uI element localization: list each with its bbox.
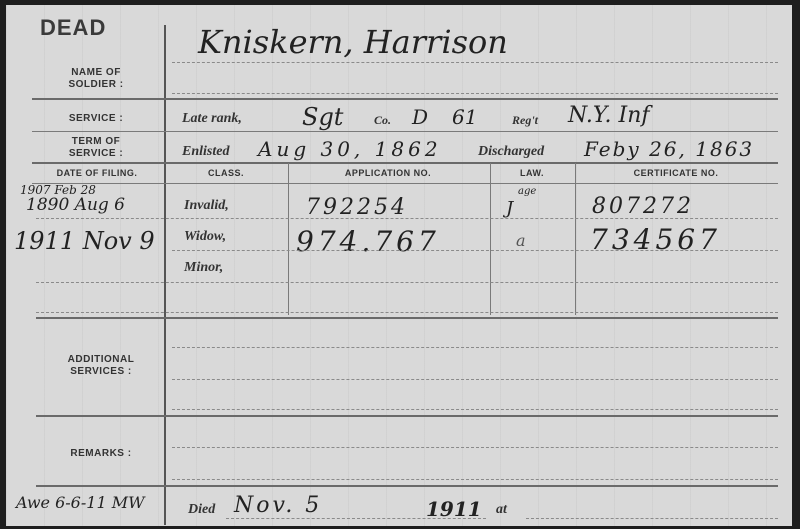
additional-line-2 — [172, 379, 778, 380]
class-invalid: Invalid, — [184, 198, 229, 214]
row-line-3 — [36, 282, 778, 283]
col-divider-3 — [575, 163, 576, 315]
label-column-divider — [164, 25, 166, 525]
filing-date-invalid: 1890 Aug 6 — [26, 195, 125, 215]
additional-line-1 — [172, 347, 778, 348]
certificate-invalid: 807272 — [592, 194, 694, 219]
footer-note: Awe 6-6-11 MW — [16, 493, 145, 512]
application-header: APPLICATION NO. — [288, 168, 488, 178]
application-invalid: 792254 — [306, 195, 408, 220]
name-line-1 — [172, 62, 778, 63]
died-date: Nov. 5 — [234, 493, 322, 518]
name-line-2 — [172, 93, 778, 94]
term-of-service-label: TERM OF SERVICE : — [46, 136, 146, 160]
soldier-name: Kniskern, Harrison — [198, 23, 508, 61]
late-rank-label: Late rank, — [182, 111, 242, 127]
law-widow: a — [516, 231, 526, 250]
col-divider-1 — [288, 163, 289, 315]
service-label: SERVICE : — [46, 113, 146, 125]
rank-value: Sgt — [302, 103, 343, 131]
application-widow: 974.767 — [296, 225, 440, 258]
certificate-header: CERTIFICATE NO. — [576, 168, 776, 178]
certificate-widow: 734567 — [590, 223, 721, 256]
row-line-2 — [172, 250, 778, 251]
remarks-label: REMARKS : — [46, 448, 156, 460]
law-invalid: J — [506, 198, 513, 219]
col-divider-2 — [490, 163, 491, 315]
regiment-value: N.Y. Inf — [568, 103, 650, 128]
at-label: at — [496, 502, 507, 518]
remarks-line-1 — [172, 447, 778, 448]
company-value: D — [412, 105, 428, 129]
law-invalid-note: age — [518, 186, 536, 197]
class-minor: Minor, — [184, 260, 223, 276]
class-widow: Widow, — [184, 229, 226, 245]
row-line-1 — [36, 218, 778, 219]
divider-term — [32, 162, 778, 164]
divider-additional — [36, 415, 778, 417]
regiment-label: Reg't — [512, 113, 538, 128]
date-of-filing-header: DATE OF FILING. — [32, 168, 162, 178]
class-header: CLASS. — [166, 168, 286, 178]
remarks-line-2 — [172, 479, 778, 480]
divider-service — [32, 131, 778, 132]
discharged-label: Discharged — [478, 144, 544, 160]
enlisted-date: Aug 30, 1862 — [258, 137, 442, 161]
law-header: LAW. — [490, 168, 574, 178]
row-line-4 — [36, 312, 778, 313]
place-line — [526, 518, 778, 519]
additional-services-label: ADDITIONAL SERVICES : — [46, 354, 156, 378]
name-of-soldier-label: NAME OF SOLDIER : — [46, 67, 146, 91]
divider-name — [32, 98, 778, 100]
pension-index-card: DEAD NAME OF SOLDIER : Kniskern, Harriso… — [6, 5, 792, 526]
discharged-date: Feby 26, 1863 — [584, 137, 754, 161]
divider-table — [36, 317, 778, 319]
filing-date-widow: 1911 Nov 9 — [14, 227, 155, 255]
dead-stamp: DEAD — [40, 15, 106, 41]
regiment-number: 61 — [452, 105, 477, 129]
enlisted-label: Enlisted — [182, 144, 229, 160]
company-label: Co. — [374, 113, 391, 128]
additional-line-3 — [172, 409, 778, 410]
table-header-divider — [32, 183, 778, 184]
divider-remarks — [36, 485, 778, 487]
died-line — [226, 518, 486, 519]
died-label: Died — [188, 502, 215, 518]
